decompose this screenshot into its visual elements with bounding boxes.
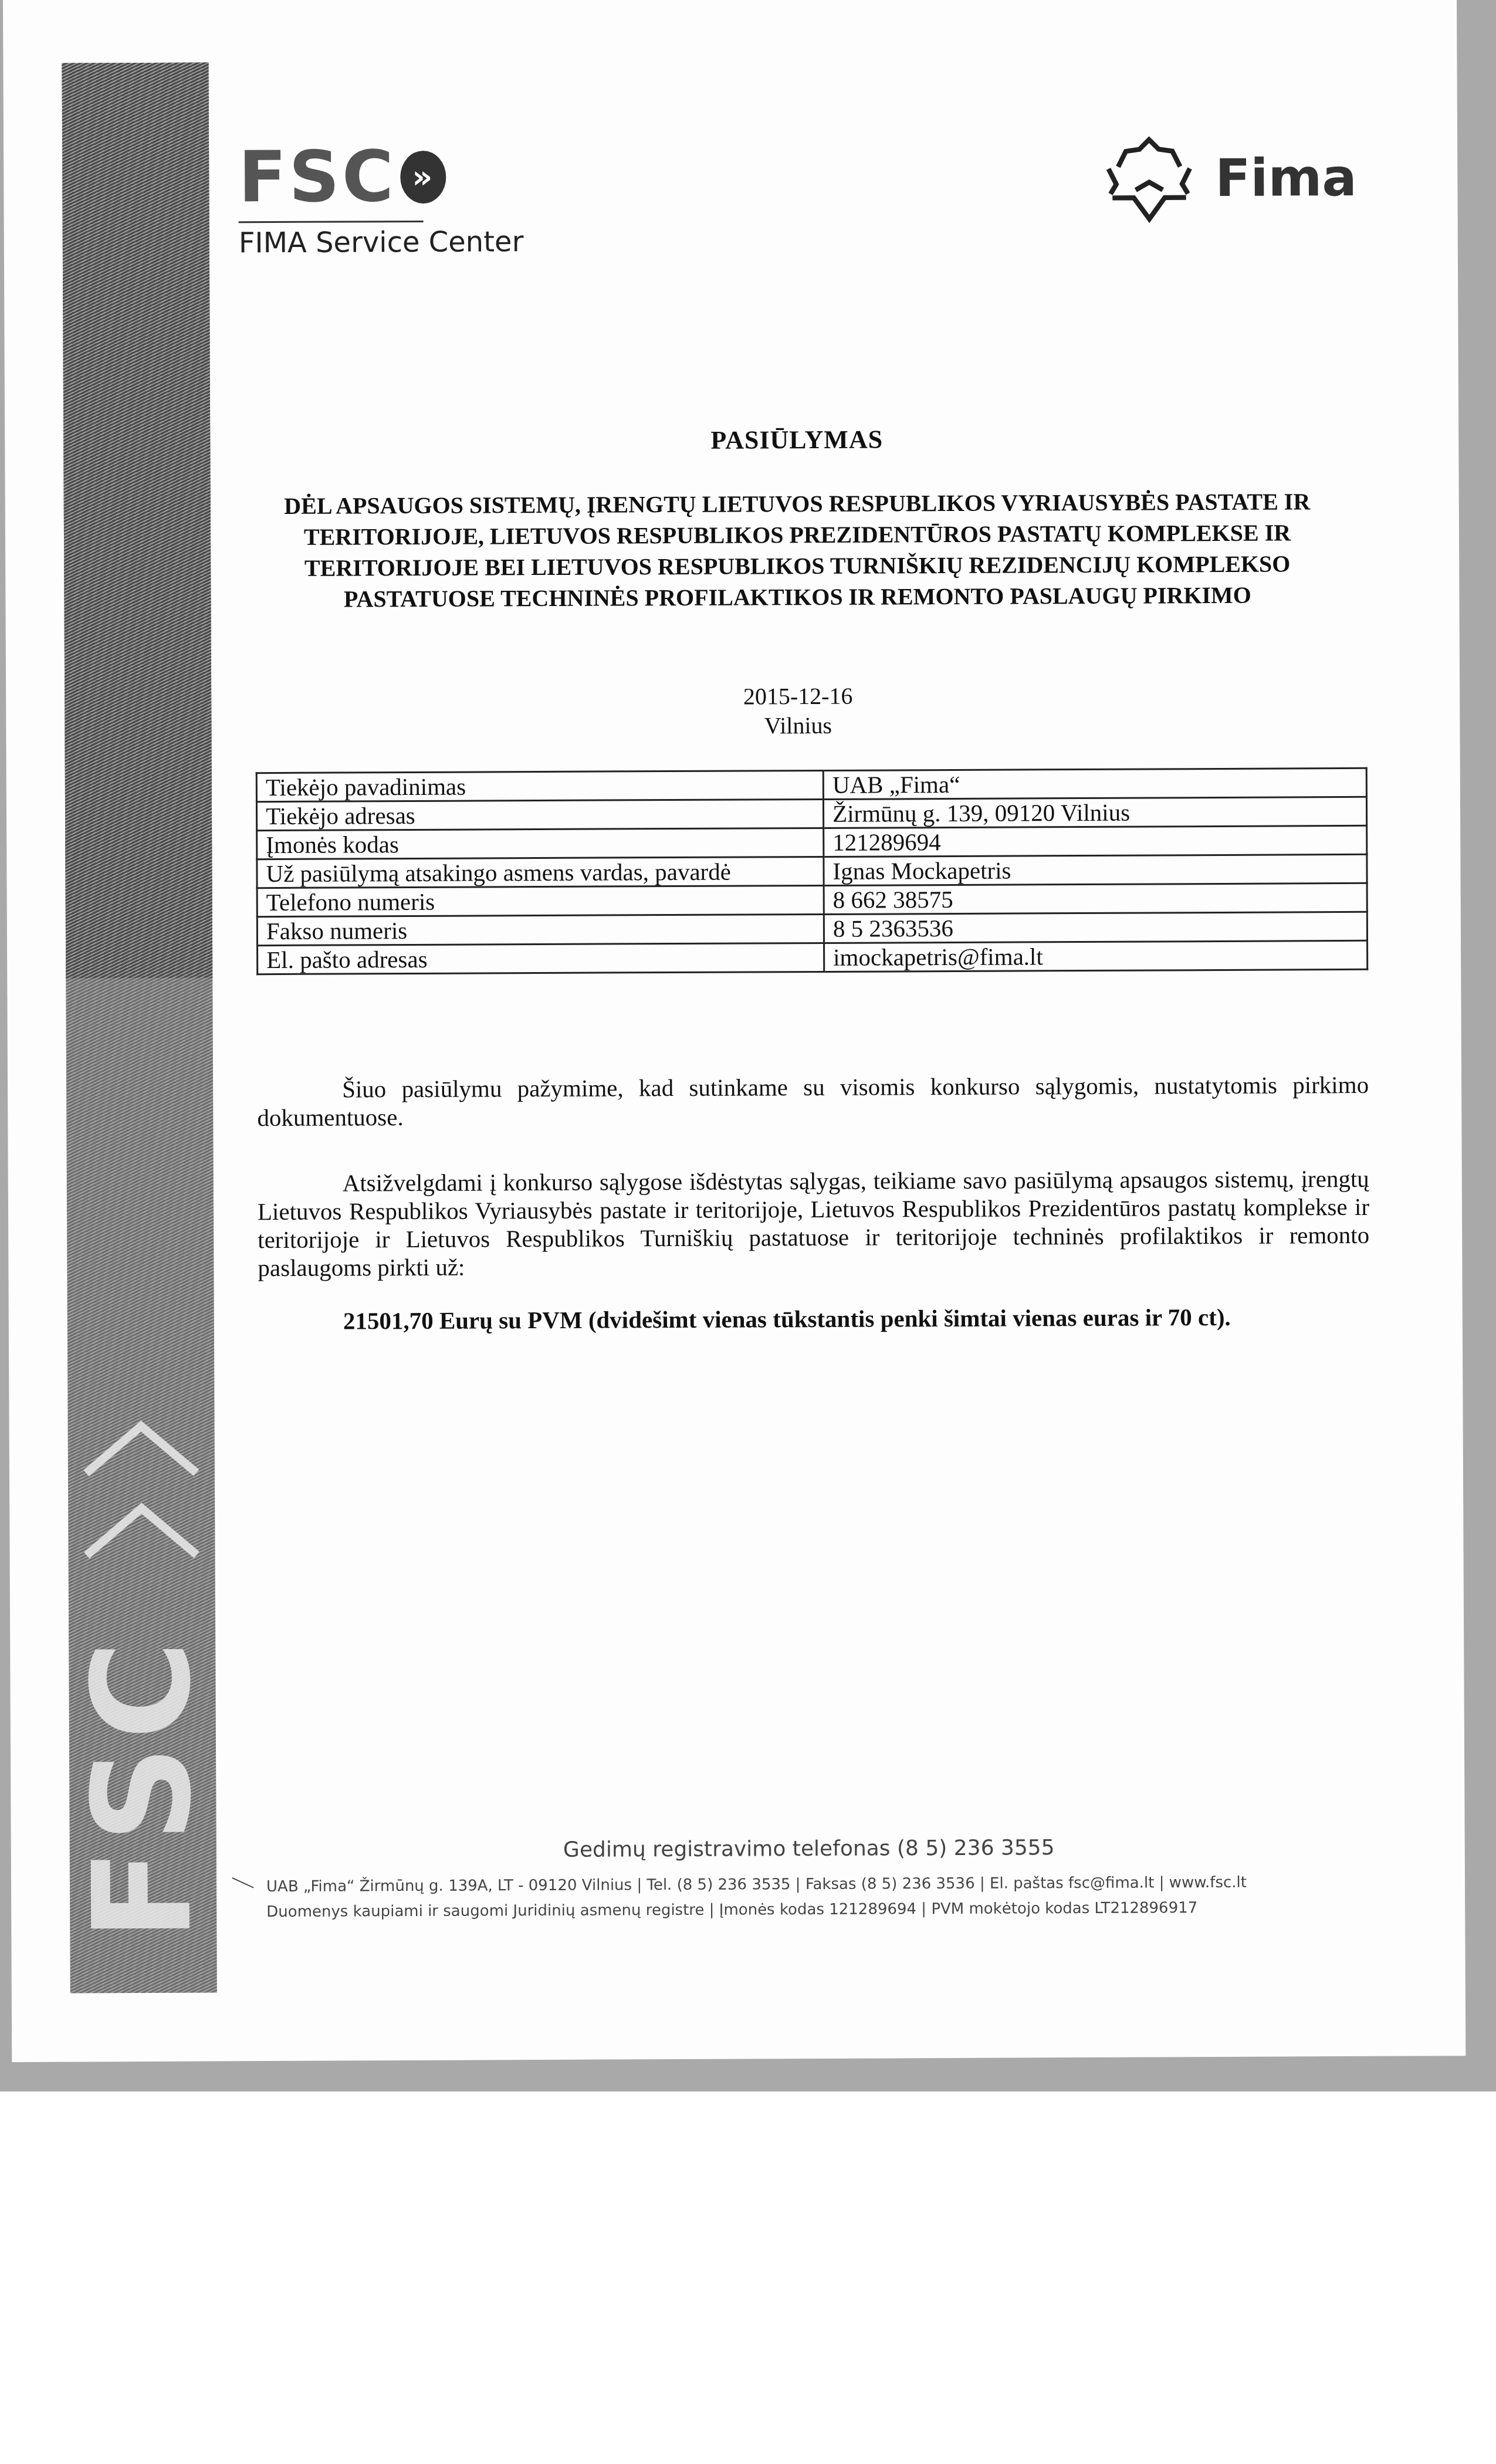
row-label: Tiekėjo pavadinimas	[256, 770, 823, 801]
agreement-text: Šiuo pasiūlymu pažymime, kad sutinkame s…	[257, 1071, 1369, 1131]
row-label: Telefono numeris	[257, 885, 824, 916]
logo-divider	[239, 221, 424, 223]
row-value: 8 662 38575	[824, 883, 1367, 914]
scan-artifact	[232, 1877, 253, 1888]
row-value: 8 5 2363536	[824, 912, 1367, 943]
footer-fault-phone: Gedimų registravimo telefonas (8 5) 236 …	[246, 1835, 1372, 1863]
offer-amount: 21501,70 Eurų su PVM (dvidešimt vienas t…	[343, 1303, 1231, 1335]
document-subject: DĖL APSAUGOS SISTEMŲ, ĮRENGTŲ LIETUVOS R…	[240, 486, 1355, 615]
table-row: Telefono numeris 8 662 38575	[257, 883, 1367, 916]
table-row: Tiekėjo pavadinimas UAB „Fima“	[256, 768, 1366, 801]
table-row: El. pašto adresas imockapetris@fima.lt	[258, 940, 1368, 974]
fsc-subtitle: FIMA Service Center	[239, 225, 524, 259]
row-value: 121289694	[824, 825, 1367, 857]
offer-paragraph: Atsižvelgdami į konkurso sąlygose išdėst…	[258, 1165, 1370, 1282]
document-place: Vilnius	[241, 709, 1355, 743]
footer-contacts: UAB „Fima“ Žirmūnų g. 139A, LT - 09120 V…	[266, 1873, 1393, 1896]
row-label: El. pašto adresas	[258, 943, 824, 974]
fima-logo: Fima	[1101, 129, 1357, 227]
row-label: Įmonės kodas	[257, 828, 824, 859]
fsc-logo: FSC » FIMA Service Center	[238, 141, 523, 259]
table-row: Fakso numeris 8 5 2363536	[257, 912, 1367, 945]
row-label: Fakso numeris	[257, 914, 824, 945]
stripe-fsc-letters: FSC	[69, 1599, 217, 1975]
document-page: ︿︿ FSC FSC » FIMA Service Center Fima PA…	[3, 0, 1465, 2062]
table-row: Už pasiūlymą atsakingo asmens vardas, pa…	[257, 854, 1367, 888]
offer-text: Atsižvelgdami į konkurso sąlygose išdėst…	[258, 1165, 1369, 1281]
row-label: Už pasiūlymą atsakingo asmens vardas, pa…	[257, 857, 824, 888]
stripe-pattern	[62, 62, 212, 978]
chevron-up-icon: ︿︿	[67, 1376, 215, 1553]
row-value: Ignas Mockapetris	[824, 854, 1367, 885]
supplier-info-table: Tiekėjo pavadinimas UAB „Fima“ Tiekėjo a…	[256, 767, 1368, 975]
document-date-place: 2015-12-16 Vilnius	[241, 679, 1355, 743]
double-chevron-right-icon: »	[401, 151, 446, 204]
table-row: Tiekėjo adresas Žirmūnų g. 139, 09120 Vi…	[256, 797, 1366, 830]
fsc-wordmark: FSC »	[238, 141, 523, 213]
row-value: Žirmūnų g. 139, 09120 Vilnius	[823, 797, 1366, 828]
row-label: Tiekėjo adresas	[256, 799, 823, 830]
row-value: imockapetris@fima.lt	[824, 940, 1368, 972]
fima-wordmark: Fima	[1215, 147, 1357, 208]
agreement-paragraph: Šiuo pasiūlymu pažymime, kad sutinkame s…	[257, 1071, 1369, 1132]
document-date: 2015-12-16	[241, 679, 1355, 713]
indent	[257, 1097, 342, 1098]
decorative-side-stripe: ︿︿ FSC	[62, 62, 216, 1993]
table-row: Įmonės kodas 121289694	[257, 825, 1367, 859]
document-title: PASIŪLYMAS	[239, 422, 1354, 457]
footer-registry: Duomenys kaupiami ir saugomi Juridinių a…	[266, 1898, 1393, 1921]
indent	[258, 1191, 343, 1192]
fima-star-emblem-icon	[1101, 130, 1198, 227]
row-value: UAB „Fima“	[823, 768, 1366, 799]
fsc-wordmark-text: FSC	[238, 142, 396, 213]
